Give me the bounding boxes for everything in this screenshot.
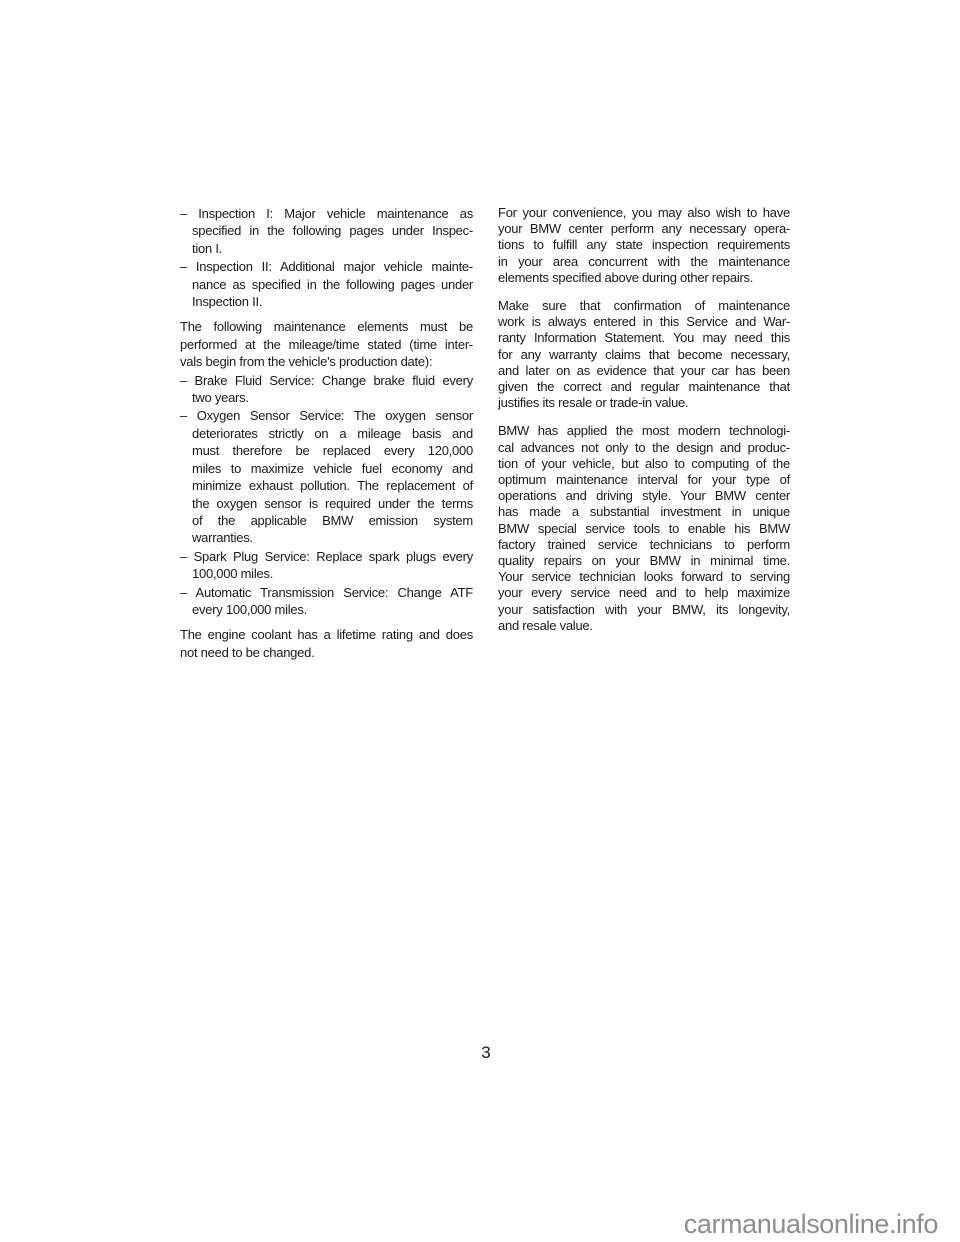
text-line: work is always entered in this Service a…	[498, 314, 790, 330]
text-line: tion of your vehicle, but also to comput…	[498, 456, 790, 472]
text-line: nance as specified in the following page…	[192, 276, 473, 293]
text-line: – Brake Fluid Service: Change brake flui…	[192, 372, 473, 389]
text-line: BMW has applied the most modern technolo…	[498, 423, 790, 439]
text-line: performed at the mileage/time stated (ti…	[180, 336, 473, 353]
text-line: not need to be changed.	[180, 644, 473, 661]
text-line: cal advances not only to the design and …	[498, 440, 790, 456]
text-line: deteriorates strictly on a mileage basis…	[192, 425, 473, 442]
text-line: ranty Information Statement. You may nee…	[498, 330, 790, 346]
paragraph: For your convenience, you may also wish …	[498, 205, 790, 286]
text-line: warranties.	[192, 529, 473, 546]
text-line: for any warranty claims that become nece…	[498, 347, 790, 363]
text-line: optimum maintenance interval for your ty…	[498, 472, 790, 488]
text-line: and resale value.	[498, 618, 790, 634]
text-line: – Inspection I: Major vehicle maintenanc…	[192, 205, 473, 222]
text-column-left: – Inspection I: Major vehicle maintenanc…	[180, 205, 473, 661]
text-line: specified in the following pages under I…	[192, 222, 473, 239]
document-page: – Inspection I: Major vehicle maintenanc…	[0, 0, 960, 1242]
text-line: justifies its resale or trade-in value.	[498, 395, 790, 411]
text-line: quality repairs on your BMW in minimal t…	[498, 553, 790, 569]
text-line: given the correct and regular maintenanc…	[498, 379, 790, 395]
text-line: Your service technician looks forward to…	[498, 569, 790, 585]
text-line: minimize exhaust pollution. The replacem…	[192, 477, 473, 494]
text-line: operations and driving style. Your BMW c…	[498, 488, 790, 504]
text-line: 100,000 miles.	[192, 565, 473, 582]
watermark: carmanualsonline.info	[684, 1209, 938, 1240]
text-line: tions to fulfill any state inspection re…	[498, 237, 790, 253]
text-line: every 100,000 miles.	[192, 601, 473, 618]
text-line: – Spark Plug Service: Replace spark plug…	[192, 548, 473, 565]
paragraph: BMW has applied the most modern technolo…	[498, 423, 790, 634]
text-line: your BMW center perform any necessary op…	[498, 221, 790, 237]
list-item: – Spark Plug Service: Replace spark plug…	[180, 548, 473, 583]
text-line: BMW special service tools to enable his …	[498, 521, 790, 537]
list-item: – Automatic Transmission Service: Change…	[180, 584, 473, 619]
text-line: your satisfaction with your BMW, its lon…	[498, 602, 790, 618]
text-line: factory trained service technicians to p…	[498, 537, 790, 553]
text-line: – Oxygen Sensor Service: The oxygen sens…	[192, 407, 473, 424]
list-item: – Brake Fluid Service: Change brake flui…	[180, 372, 473, 407]
text-line: and later on as evidence that your car h…	[498, 363, 790, 379]
text-line: Make sure that confirmation of maintenan…	[498, 298, 790, 314]
list-item: – Oxygen Sensor Service: The oxygen sens…	[180, 407, 473, 546]
text-line: – Inspection II: Additional major vehicl…	[192, 258, 473, 275]
text-line: Inspection II.	[192, 293, 473, 310]
text-line: tion I.	[192, 240, 473, 257]
text-line: of the applicable BMW emission system	[192, 512, 473, 529]
text-line: must therefore be replaced every 120,000	[192, 442, 473, 459]
text-line: vals begin from the vehicle's production…	[180, 353, 473, 370]
paragraph: The engine coolant has a lifetime rating…	[180, 626, 473, 661]
text-line: – Automatic Transmission Service: Change…	[192, 584, 473, 601]
text-column-right: For your convenience, you may also wish …	[498, 205, 790, 634]
list-item: – Inspection I: Major vehicle maintenanc…	[180, 205, 473, 257]
text-line: The following maintenance elements must …	[180, 318, 473, 335]
text-line: two years.	[192, 389, 473, 406]
list-item: – Inspection II: Additional major vehicl…	[180, 258, 473, 310]
page-number: 3	[180, 1043, 792, 1063]
text-line: the oxygen sensor is required under the …	[192, 495, 473, 512]
text-line: your every service need and to help maxi…	[498, 585, 790, 601]
text-line: miles to maximize vehicle fuel economy a…	[192, 460, 473, 477]
paragraph: Make sure that confirmation of maintenan…	[498, 298, 790, 411]
text-line: has made a substantial investment in uni…	[498, 504, 790, 520]
paragraph: The following maintenance elements must …	[180, 318, 473, 370]
text-line: The engine coolant has a lifetime rating…	[180, 626, 473, 643]
text-line: elements specified above during other re…	[498, 270, 790, 286]
text-line: in your area concurrent with the mainten…	[498, 254, 790, 270]
text-line: For your convenience, you may also wish …	[498, 205, 790, 221]
